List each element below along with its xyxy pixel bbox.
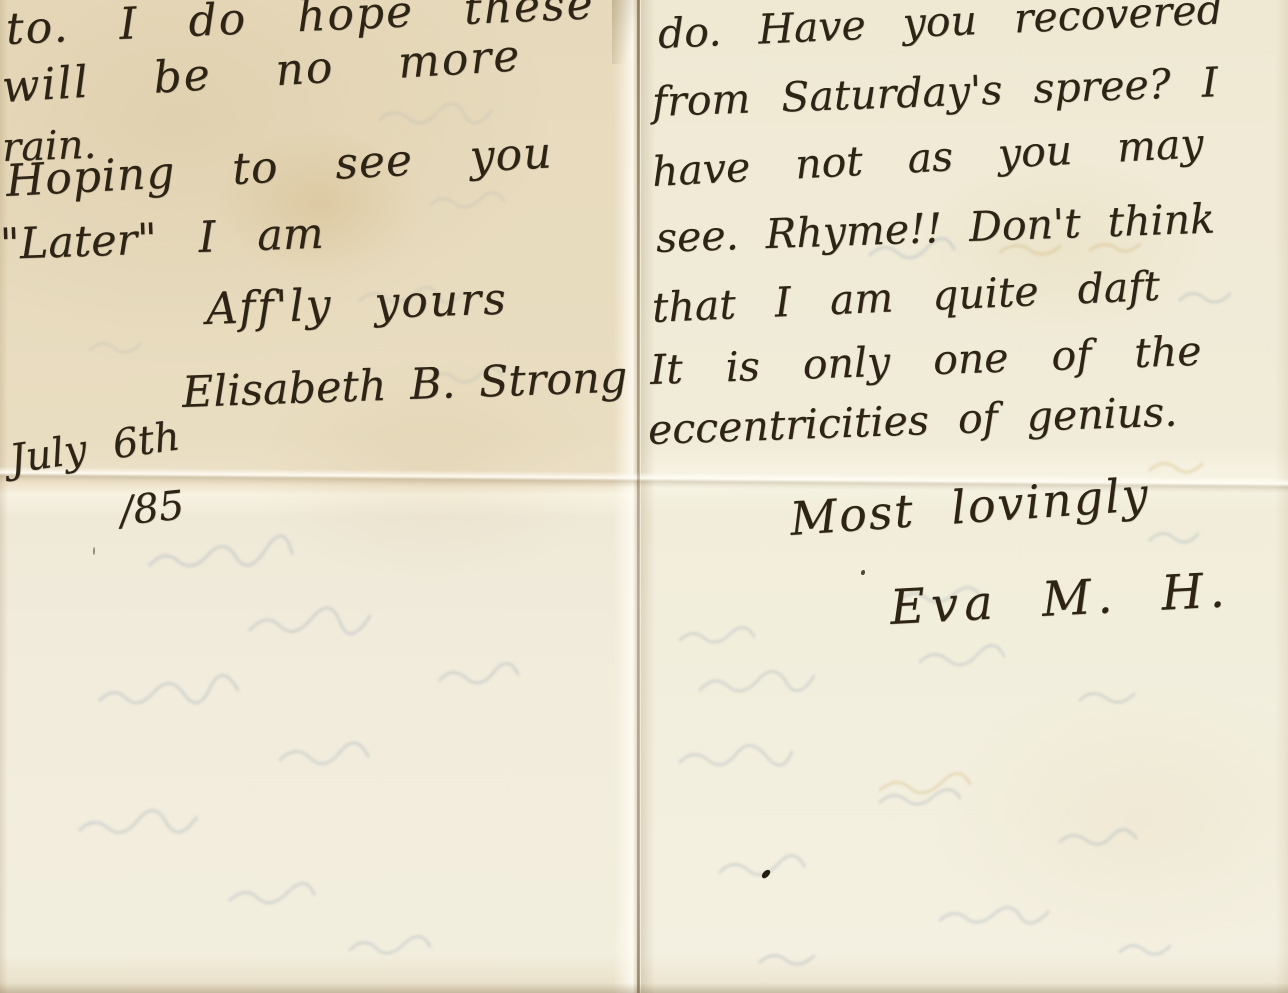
date-year: /85 — [118, 485, 186, 532]
scanned-letter: to. I do hope these will be no more rain… — [0, 0, 1288, 993]
fold-notch-shadow — [612, 0, 642, 64]
letter-line: "Later" I am — [0, 213, 324, 267]
closing-line: Aff'ly yours — [205, 277, 508, 332]
center-fold-crease — [637, 0, 640, 993]
bottom-edge-shadow — [0, 983, 1288, 993]
